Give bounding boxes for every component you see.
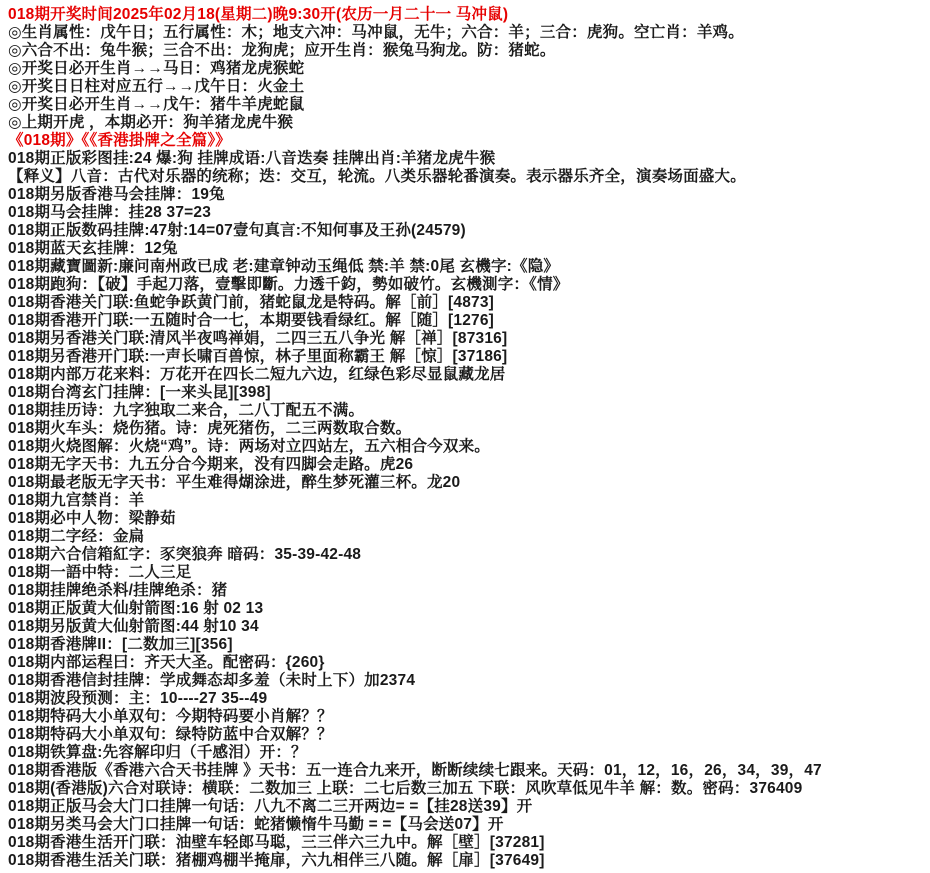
text-line: 018期另版黄大仙射箭图:44 射10 34: [8, 618, 930, 636]
page-title: 018期开奖时间2025年02月18(星期二)晚9:30开(农历一月二十一 马冲…: [8, 6, 930, 24]
text-line: 018期波段预测：主：10----27 35--49: [8, 690, 930, 708]
lottery-tips-document: 018期开奖时间2025年02月18(星期二)晚9:30开(农历一月二十一 马冲…: [0, 0, 930, 870]
text-line: 018期另香港关门联:清风半夜鸣禅娟，二四三五八争光 解［禅］[87316]: [8, 330, 930, 348]
text-line: 018期(香港版)六合对联诗：横联：二数加三 上联：二七后数三加五 下联：风吹草…: [8, 780, 930, 798]
text-line: 018期二字经：金扁: [8, 528, 930, 546]
text-line: 018期六合信箱紅字：豕突狼奔 暗码：35-39-42-48: [8, 546, 930, 564]
text-line: 018期藏寶圖新:廉问南州政已成 老:建章钟动玉绳低 禁:羊 禁:0尾 玄機字:…: [8, 258, 930, 276]
text-line: ◎生肖属性：戊午日；五行属性：木；地支六冲：马冲鼠，无牛；六合：羊；三合：虎狗。…: [8, 24, 930, 42]
text-line: 018期最老版无字天书：平生难得煳涂进，醉生梦死灌三杯。龙20: [8, 474, 930, 492]
text-line: 018期正版数码挂牌:47射:14=07壹句真言:不知何事及王孙(24579): [8, 222, 930, 240]
text-line: 018期马会挂牌：挂28 37=23: [8, 204, 930, 222]
text-line: 018期香港开门联:一五随时合一七，本期要钱看绿红。解［随］[1276]: [8, 312, 930, 330]
text-line: 018期正版黄大仙射箭图:16 射 02 13: [8, 600, 930, 618]
text-line: 【释义】八音：古代对乐器的统称；迭：交互，轮流。八类乐器轮番演奏。表示器乐齐全，…: [8, 168, 930, 186]
text-line: 018期香港版《香港六合天书挂牌 》天书：五一连合九来开，断断续续七跟来。天码：…: [8, 762, 930, 780]
text-line: ◎上期开虎 ，本期必开：狗羊猪龙虎牛猴: [8, 114, 930, 132]
text-line: 018期正版彩图挂:24 爆:狗 挂牌成语:八音迭奏 挂牌出肖:羊猪龙虎牛猴: [8, 150, 930, 168]
text-line: 018期香港生活关门联：猪棚鸡棚半掩扉，六九相伴三八随。解［扉］[37649]: [8, 852, 930, 870]
document-lines: 018期开奖时间2025年02月18(星期二)晚9:30开(农历一月二十一 马冲…: [8, 6, 930, 870]
text-line: 018期无字天书：九五分合今期来，没有四脚会走路。虎26: [8, 456, 930, 474]
text-line: 018期另香港开门联:一声长啸百兽惊，林子里面称霸王 解［惊］[37186]: [8, 348, 930, 366]
text-line: 018期特码大小单双句：绿特防蓝中合双解？？: [8, 726, 930, 744]
text-line: 018期铁算盘:先容解印归（千感泪）开：？: [8, 744, 930, 762]
text-line: 018期九宫禁肖：羊: [8, 492, 930, 510]
text-line: 018期特码大小单双句：今期特码要小肖解？？: [8, 708, 930, 726]
text-line: 018期火烧图解：火烧“鸡”。诗：两场对立四站左，五六相合今双来。: [8, 438, 930, 456]
text-line: 018期蓝天玄挂牌：12兔: [8, 240, 930, 258]
text-line: 018期挂历诗：九字独取二来合，二八丁配五不满。: [8, 402, 930, 420]
text-line: 018期必中人物：梁静茹: [8, 510, 930, 528]
text-line: 018期跑狗：【破】手起刀落，壹擊即斷。力透千鈞，勢如破竹。玄機測字：《情》: [8, 276, 930, 294]
text-line: 018期台湾玄门挂牌：[一来头昆][398]: [8, 384, 930, 402]
text-line: 018期一語中特：二人三足: [8, 564, 930, 582]
text-line: 018期香港生活开门联：油壁车轻郎马聪，三三伴六三九中。解［壁］[37281]: [8, 834, 930, 852]
text-line: 018期火车头：烧伤猪。诗：虎死猪伤，二三两数取合数。: [8, 420, 930, 438]
text-line: ◎开奖日必开生肖→→戊午：猪牛羊虎蛇鼠: [8, 96, 930, 114]
text-line: 《018期》《《香港掛牌之全篇》》: [8, 132, 930, 150]
text-line: 018期香港信封挂牌：学成舞态却多羞（未时上下）加2374: [8, 672, 930, 690]
text-line: ◎六合不出：兔牛猴；三合不出：龙狗虎；应开生肖：猴兔马狗龙。防：猪蛇。: [8, 42, 930, 60]
text-line: ◎开奖日日柱对应五行→→戊午日：火金土: [8, 78, 930, 96]
text-line: 018期内部万花来料：万花开在四长二短九六边，红绿色彩尽显鼠藏龙居: [8, 366, 930, 384]
text-line: 018期另类马会大门口挂牌一句话：蛇猪懒惰牛马勤 = =【马会送07】开: [8, 816, 930, 834]
text-line: 018期正版马会大门口挂牌一句话：八九不离二三开两边= =【挂28送39】开: [8, 798, 930, 816]
text-line: ◎开奖日必开生肖→→马日：鸡猪龙虎猴蛇: [8, 60, 930, 78]
text-line: 018期挂牌绝杀料/挂牌绝杀：猪: [8, 582, 930, 600]
text-line: 018期另版香港马会挂牌：19兔: [8, 186, 930, 204]
text-line: 018期香港牌II：[二数加三][356]: [8, 636, 930, 654]
text-line: 018期内部运程曰：齐天大圣。配密码：{260}: [8, 654, 930, 672]
text-line: 018期香港关门联:鱼蛇争跃黄门前，猪蛇鼠龙是特码。解［前］[4873]: [8, 294, 930, 312]
